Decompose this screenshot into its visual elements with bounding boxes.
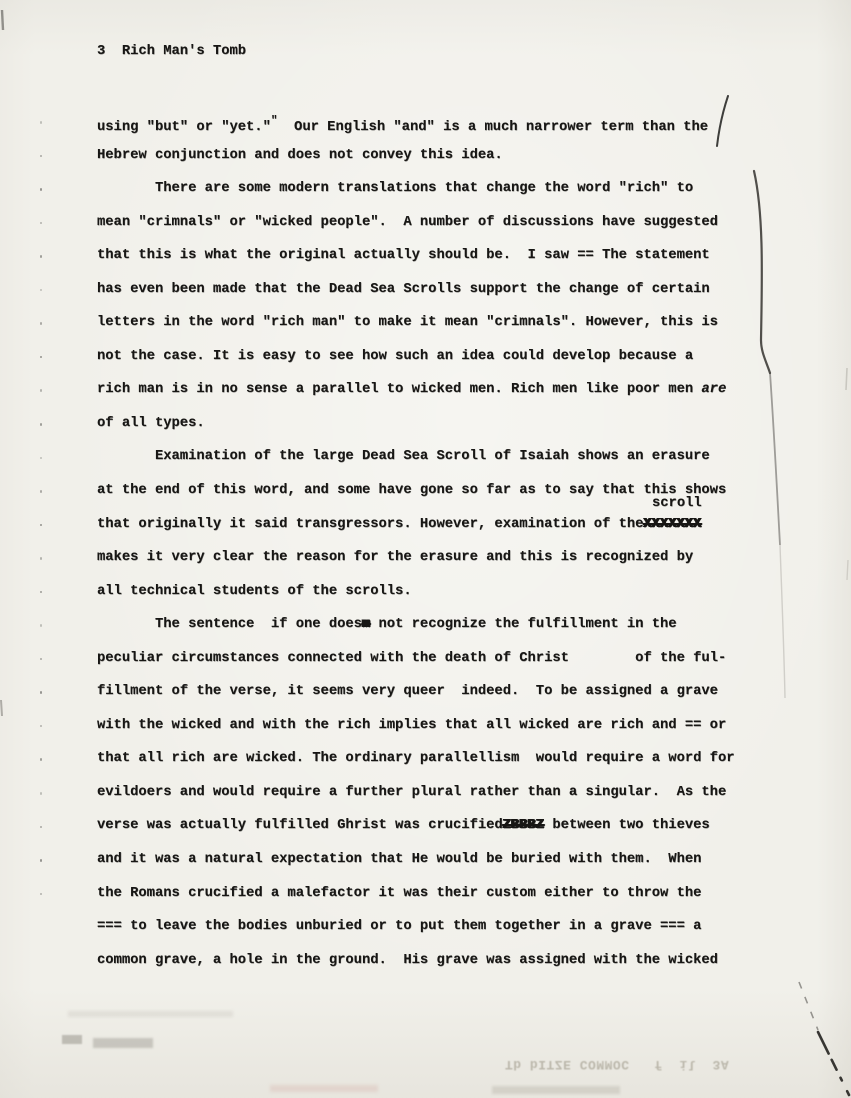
text-segment: not the case. It is easy to see how such… — [97, 349, 693, 364]
margin-dot — [40, 557, 42, 560]
margin-dot — [40, 524, 42, 527]
margin-dot — [40, 155, 42, 158]
interlinear-correction: scroll — [652, 496, 702, 511]
text-line: the Romans crucified a malefactor it was… — [97, 877, 735, 911]
text-line: with the wicked and with the rich implie… — [97, 709, 735, 743]
margin-dot — [40, 893, 42, 896]
text-line: that this is what the original actually … — [97, 239, 735, 273]
margin-dot — [40, 423, 42, 426]
text-segment: rich man is in no sense a parallel to wi… — [97, 382, 701, 397]
text-line: Examination of the large Dead Sea Scroll… — [97, 440, 735, 474]
text-line: that all rich are wicked. The ordinary p… — [97, 742, 735, 776]
margin-dot — [40, 792, 42, 795]
text-line: all technical students of the scrolls. — [97, 575, 735, 609]
bleed-through-ghost-text: Tb bITZE COMMOC f il 3A — [505, 1057, 785, 1072]
text-line: letters in the word "rich man" to make i… — [97, 306, 735, 340]
text-segment: using "but" or "yet." — [97, 120, 271, 135]
text-line: at the end of this word, and some have g… — [97, 474, 735, 508]
bottom-left-smudge — [93, 1038, 153, 1048]
margin-dot — [40, 725, 42, 728]
margin-dot — [40, 826, 42, 829]
text-line: The sentence if one doesm not recognize … — [97, 608, 735, 642]
margin-dot — [40, 222, 42, 225]
text-segment: are — [701, 382, 726, 397]
text-line: === to leave the bodies unburied or to p… — [97, 910, 735, 944]
margin-dot — [40, 691, 42, 694]
margin-pen-stroke-long-mid — [770, 373, 780, 545]
margin-dot — [40, 859, 42, 862]
text-segment: fillment of the verse, it seems very que… — [97, 684, 718, 699]
bottom-left-smudge — [62, 1035, 82, 1044]
bottom-pink-smudge — [270, 1085, 378, 1092]
text-line: mean "crimnals" or "wicked people". A nu… — [97, 206, 735, 240]
text-segment: has even been made that the Dead Sea Scr… — [97, 282, 710, 297]
text-line: common grave, a hole in the ground. His … — [97, 944, 735, 978]
bottom-right-smudge — [492, 1086, 620, 1094]
scanned-typewritten-page: { "page": { "paper_color": "#f1f0ea", "i… — [0, 0, 851, 1098]
right-edge-tick — [846, 368, 847, 390]
margin-dot — [40, 289, 42, 292]
text-line: There are some modern translations that … — [97, 172, 735, 206]
margin-dot — [40, 457, 42, 460]
text-segment: Our English "and" is a much narrower ter… — [277, 120, 708, 135]
text-segment: === to leave the bodies unburied or to p… — [97, 919, 701, 934]
text-line: fillment of the verse, it seems very que… — [97, 675, 735, 709]
margin-crease-faint — [780, 545, 785, 698]
text-segment: that all rich are wicked. The ordinary p… — [97, 751, 735, 766]
text-segment: all technical students of the scrolls. — [97, 584, 412, 599]
margin-dot — [40, 624, 42, 627]
text-segment: peculiar circumstances connected with th… — [97, 651, 726, 666]
margin-dot — [40, 322, 42, 325]
margin-dot — [40, 490, 42, 493]
diagonal-pen-stroke-faint — [799, 982, 818, 1030]
margin-dot — [40, 658, 42, 661]
text-segment: that originally it said transgressors. H… — [97, 517, 643, 532]
left-edge-tick — [1, 700, 2, 716]
text-segment: between two thieves — [544, 818, 710, 833]
text-line: of all types. — [97, 407, 735, 441]
text-line: not the case. It is easy to see how such… — [97, 340, 735, 374]
text-segment: verse was actually fulfilled Ghrist was … — [97, 818, 503, 833]
margin-dot — [40, 356, 42, 359]
margin-dot — [40, 255, 42, 258]
text-line: peculiar circumstances connected with th… — [97, 642, 735, 676]
margin-pen-stroke-long-dark — [754, 171, 770, 373]
margin-dot — [40, 188, 42, 191]
text-line: and it was a natural expectation that He… — [97, 843, 735, 877]
text-segment: mean "crimnals" or "wicked people". A nu… — [97, 215, 718, 230]
margin-dot — [40, 389, 42, 392]
text-segment: Examination of the large Dead Sea Scroll… — [97, 449, 710, 464]
margin-dot — [40, 758, 42, 761]
text-line: that originally it said transgressors. H… — [97, 508, 735, 542]
text-line: has even been made that the Dead Sea Scr… — [97, 273, 735, 307]
text-segment: of all types. — [97, 416, 205, 431]
text-segment: at the end of this word, and some have g… — [97, 483, 726, 498]
text-segment: evildoers and would require a further pl… — [97, 785, 726, 800]
strikeout-text: m — [362, 617, 370, 632]
text-segment: and it was a natural expectation that He… — [97, 852, 701, 867]
text-line: evildoers and would require a further pl… — [97, 776, 735, 810]
margin-dot — [40, 121, 42, 124]
text-segment: that this is what the original actually … — [97, 248, 710, 263]
text-line: makes it very clear the reason for the e… — [97, 541, 735, 575]
strikeout-text: ZBBBZ — [503, 818, 544, 833]
text-segment: makes it very clear the reason for the e… — [97, 550, 693, 565]
margin-dot — [40, 591, 42, 594]
strikeout-text: XXXXXXX — [643, 517, 701, 532]
diagonal-pen-stroke-dark — [818, 1032, 849, 1095]
text-segment: There are some modern translations that … — [97, 181, 693, 196]
text-segment: Hebrew conjunction and does not convey t… — [97, 148, 503, 163]
text-segment: with the wicked and with the rich implie… — [97, 718, 726, 733]
typewritten-lines: using "but" or "yet."" Our English "and"… — [97, 105, 735, 977]
text-segment: common grave, a hole in the ground. His … — [97, 953, 718, 968]
text-segment: letters in the word "rich man" to make i… — [97, 315, 718, 330]
text-line: using "but" or "yet."" Our English "and"… — [97, 105, 735, 139]
text-segment: the Romans crucified a malefactor it was… — [97, 886, 701, 901]
page-header: 3 Rich Man's Tomb — [97, 44, 246, 59]
text-segment: The sentence if one does — [97, 617, 362, 632]
bottom-left-smudge — [68, 1011, 233, 1017]
text-line: rich man is in no sense a parallel to wi… — [97, 373, 735, 407]
left-edge-tick — [2, 10, 3, 30]
text-segment: not recognize the fulfillment in the — [370, 617, 676, 632]
text-line: Hebrew conjunction and does not convey t… — [97, 139, 735, 173]
right-edge-tick — [847, 560, 848, 580]
text-line: verse was actually fulfilled Ghrist was … — [97, 809, 735, 843]
